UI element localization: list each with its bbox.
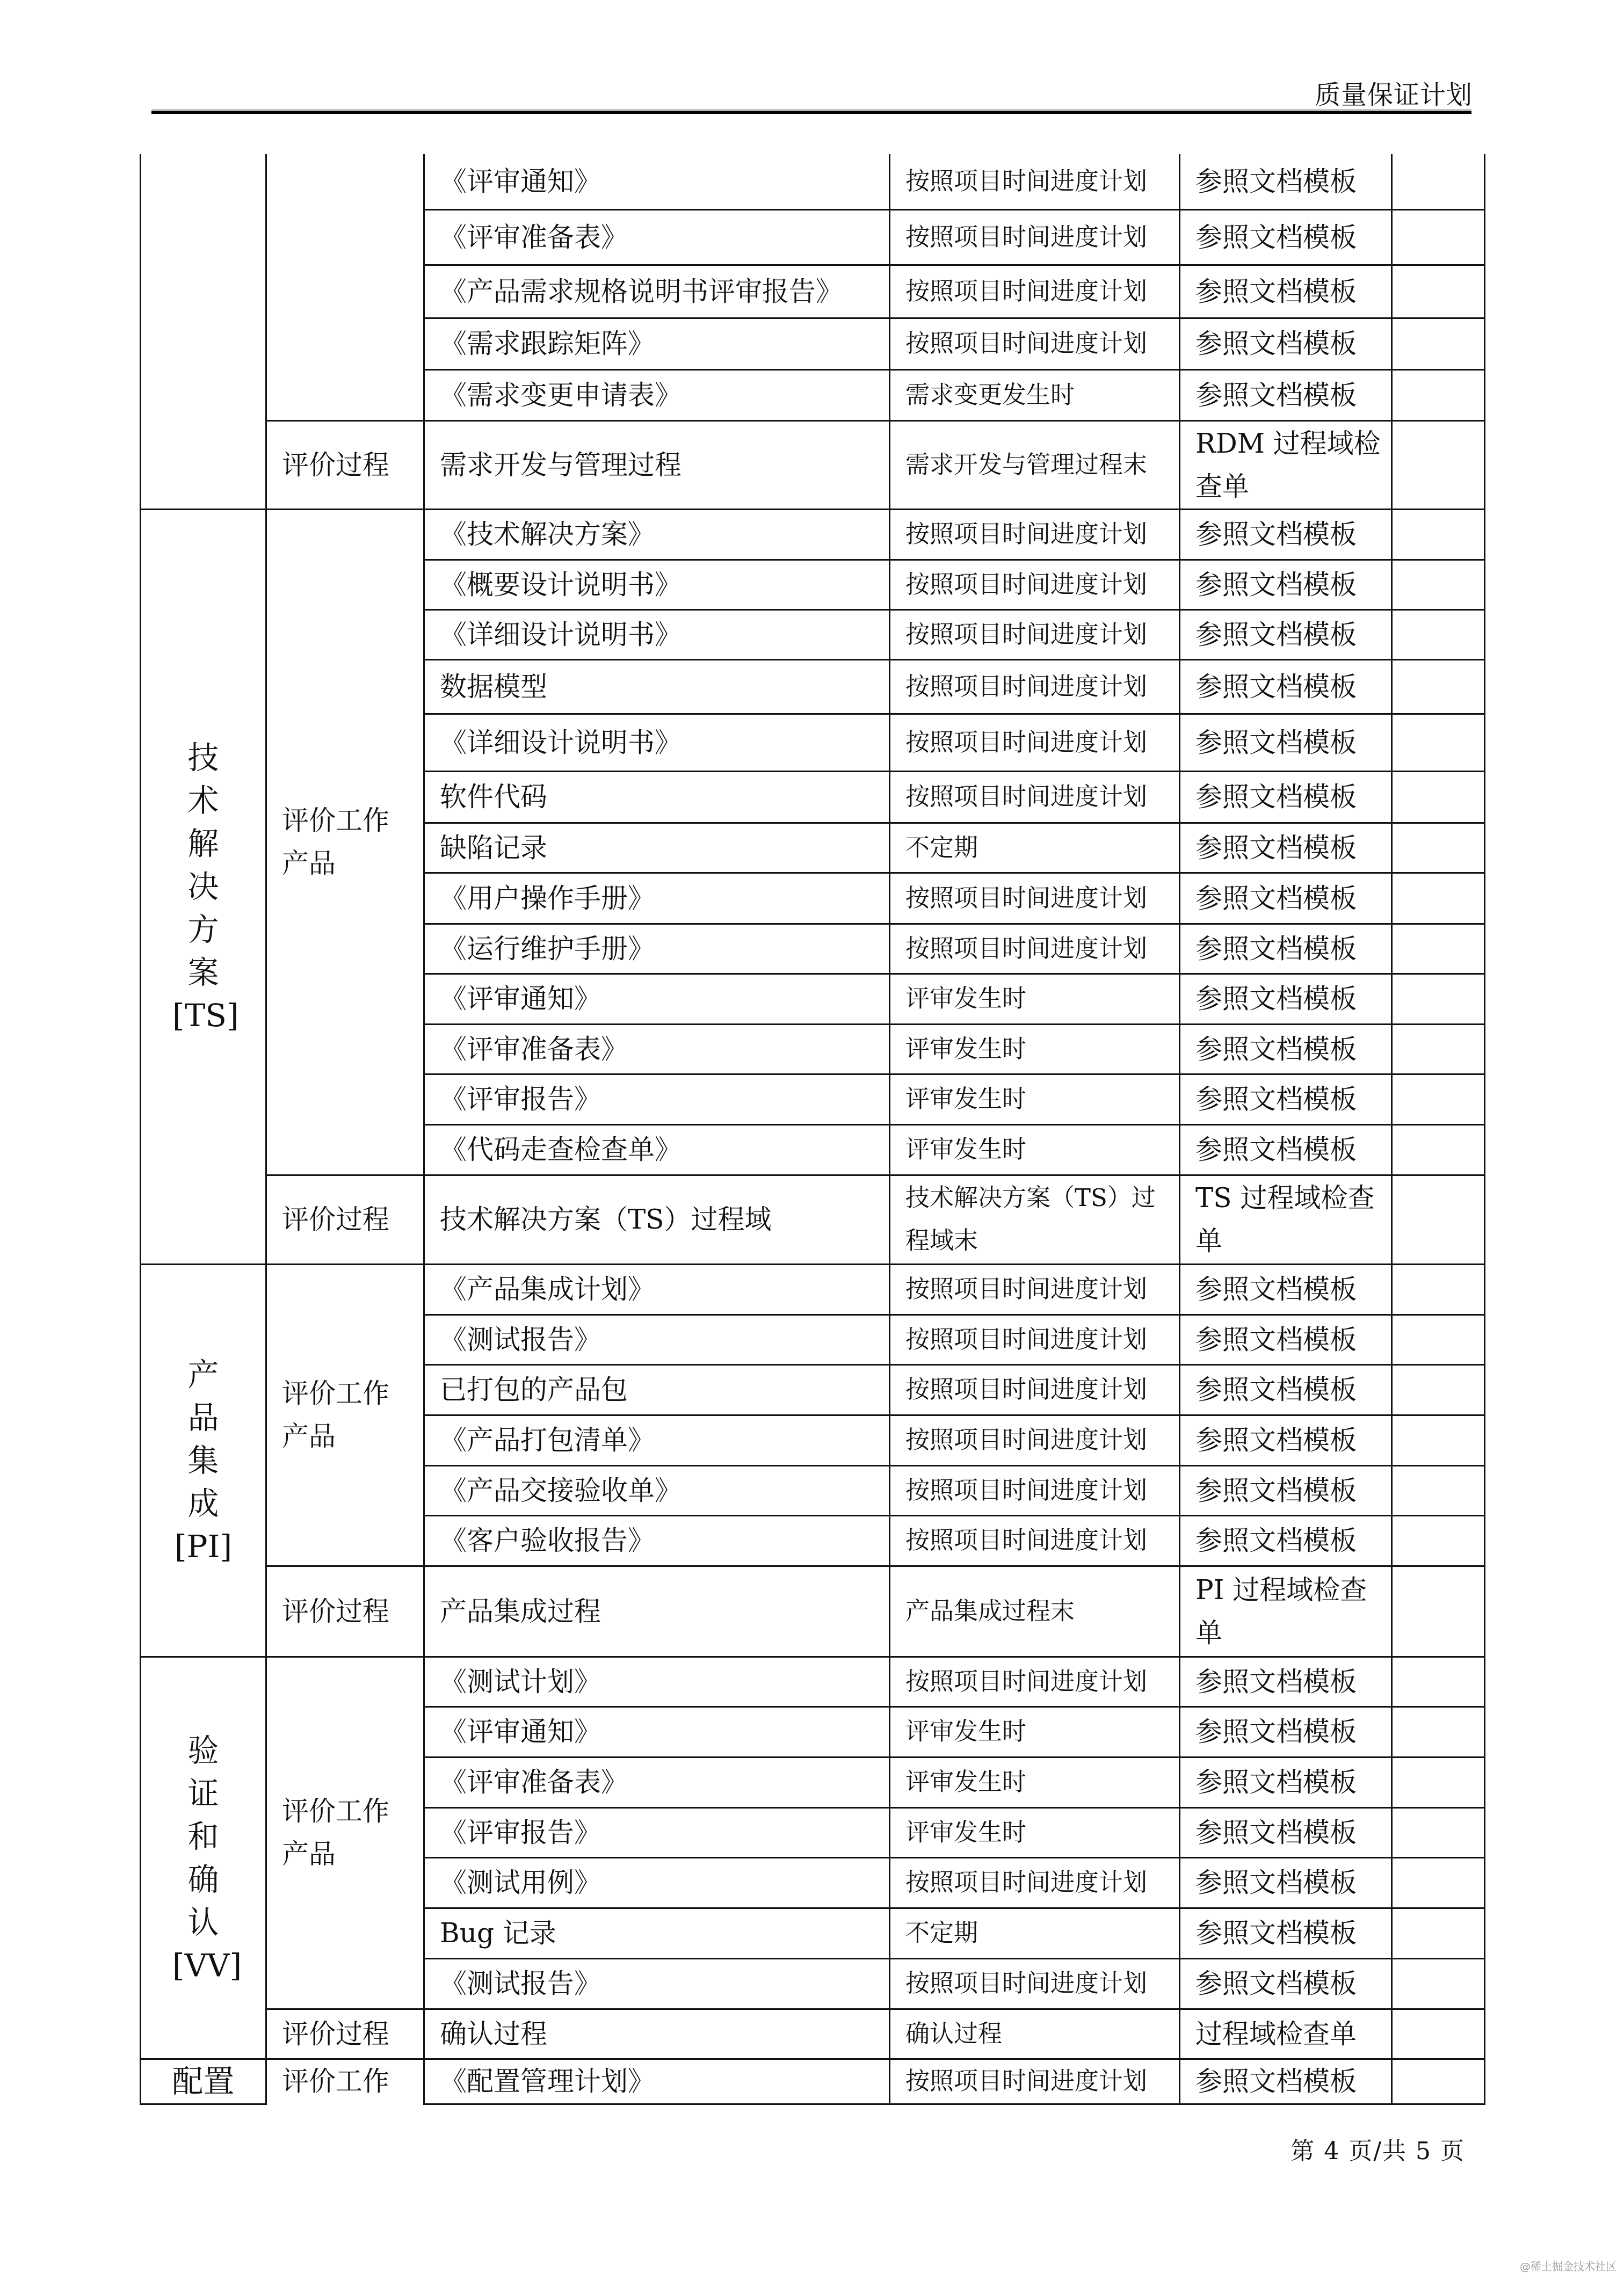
category-cell [266,154,424,420]
item-cell: 《技术解决方案》 [424,509,890,560]
method-cell: 参照文档模板 [1180,1958,1392,2009]
phase-cell-vv: 验证和确认[VV] [141,1657,266,2059]
timing-cell: 评审发生时 [890,1706,1180,1757]
note-cell [1392,509,1485,560]
timing-cell: 按照项目时间进度计划 [890,509,1180,560]
timing-cell: 按照项目时间进度计划 [890,1958,1180,2009]
item-cell: 《详细设计说明书》 [424,609,890,659]
method-cell: 参照文档模板 [1180,318,1392,369]
note-cell [1392,1706,1485,1757]
note-cell [1392,1908,1485,1958]
method-cell: 参照文档模板 [1180,974,1392,1024]
note-cell [1392,771,1485,823]
method-cell: 参照文档模板 [1180,1024,1392,1074]
method-cell: 参照文档模板 [1180,1908,1392,1958]
method-cell: RDM 过程域检查单 [1180,420,1392,509]
timing-cell: 需求开发与管理过程末 [890,420,1180,509]
method-cell: 参照文档模板 [1180,1315,1392,1364]
item-cell: 确认过程 [424,2009,890,2059]
note-cell [1392,1857,1485,1908]
timing-cell: 评审发生时 [890,1807,1180,1857]
note-cell [1392,1415,1485,1465]
table-row: 评价过程 产品集成过程 产品集成过程末 PI 过程域检查单 [141,1566,1485,1657]
item-cell: Bug 记录 [424,1908,890,1958]
item-cell: 《产品集成计划》 [424,1264,890,1315]
method-cell: PI 过程域检查单 [1180,1566,1392,1657]
watermark: @稀土掘金技术社区 [1520,2258,1616,2273]
timing-cell: 按照项目时间进度计划 [890,1465,1180,1515]
item-cell: 《评审通知》 [424,1706,890,1757]
note-cell [1392,714,1485,771]
category-cell: 评价工作产品 [266,1264,424,1566]
method-cell: 参照文档模板 [1180,924,1392,974]
item-cell: 《评审报告》 [424,1807,890,1857]
item-cell: 《用户操作手册》 [424,873,890,924]
category-cell: 评价过程 [266,1175,424,1264]
item-cell: 技术解决方案（TS）过程域 [424,1175,890,1264]
method-cell: 参照文档模板 [1180,1515,1392,1566]
timing-cell: 按照项目时间进度计划 [890,1315,1180,1364]
table-row: 评价过程 需求开发与管理过程 需求开发与管理过程末 RDM 过程域检查单 [141,420,1485,509]
timing-cell: 按照项目时间进度计划 [890,924,1180,974]
note-cell [1392,924,1485,974]
note-cell [1392,659,1485,714]
note-cell [1392,823,1485,873]
note-cell [1392,1074,1485,1124]
timing-cell: 确认过程 [890,2009,1180,2059]
note-cell [1392,974,1485,1024]
table-row: 评价过程 技术解决方案（TS）过程域 技术解决方案（TS）过程域末 TS 过程域… [141,1175,1485,1264]
note-cell [1392,209,1485,265]
table-row: 配置 评价工作 《配置管理计划》 按照项目时间进度计划 参照文档模板 [141,2059,1485,2104]
timing-cell: 评审发生时 [890,1757,1180,1807]
phase-cell-config: 配置 [141,2059,266,2104]
note-cell [1392,560,1485,609]
item-cell: 《需求变更申请表》 [424,369,890,420]
timing-cell: 按照项目时间进度计划 [890,1264,1180,1315]
item-cell: 《产品需求规格说明书评审报告》 [424,265,890,318]
method-cell: 参照文档模板 [1180,2059,1392,2104]
timing-cell: 评审发生时 [890,974,1180,1024]
table-row: 产品集成[PI] 评价工作产品 《产品集成计划》 按照项目时间进度计划 参照文档… [141,1264,1485,1315]
item-cell: 《评审通知》 [424,974,890,1024]
method-cell: 参照文档模板 [1180,823,1392,873]
method-cell: 参照文档模板 [1180,1706,1392,1757]
method-cell: 参照文档模板 [1180,209,1392,265]
note-cell [1392,1465,1485,1515]
item-cell: 软件代码 [424,771,890,823]
item-cell: 《评审通知》 [424,154,890,209]
table-row: 评价过程 确认过程 确认过程 过程域检查单 [141,2009,1485,2059]
timing-cell: 评审发生时 [890,1074,1180,1124]
note-cell [1392,1124,1485,1175]
method-cell: 参照文档模板 [1180,265,1392,318]
note-cell [1392,873,1485,924]
item-cell: 《产品交接验收单》 [424,1465,890,1515]
timing-cell: 按照项目时间进度计划 [890,873,1180,924]
timing-cell: 按照项目时间进度计划 [890,609,1180,659]
method-cell: 参照文档模板 [1180,659,1392,714]
header-divider [151,111,1471,114]
note-cell [1392,420,1485,509]
timing-cell: 按照项目时间进度计划 [890,1857,1180,1908]
item-cell: 缺陷记录 [424,823,890,873]
timing-cell: 按照项目时间进度计划 [890,1364,1180,1415]
note-cell [1392,1264,1485,1315]
document-header-title: 质量保证计划 [1315,74,1473,111]
category-cell: 评价过程 [266,1566,424,1657]
method-cell: 参照文档模板 [1180,1415,1392,1465]
item-cell: 《测试用例》 [424,1857,890,1908]
note-cell [1392,265,1485,318]
phase-cell-pi: 产品集成[PI] [141,1264,266,1657]
timing-cell: 按照项目时间进度计划 [890,209,1180,265]
method-cell: 参照文档模板 [1180,1657,1392,1706]
item-cell: 《需求跟踪矩阵》 [424,318,890,369]
method-cell: 参照文档模板 [1180,560,1392,609]
timing-cell: 按照项目时间进度计划 [890,2059,1180,2104]
category-cell: 评价工作产品 [266,1657,424,2009]
method-cell: 过程域检查单 [1180,2009,1392,2059]
timing-cell: 按照项目时间进度计划 [890,318,1180,369]
method-cell: 参照文档模板 [1180,154,1392,209]
timing-cell: 不定期 [890,823,1180,873]
item-cell: 《评审准备表》 [424,209,890,265]
timing-cell: 按照项目时间进度计划 [890,771,1180,823]
item-cell: 《产品打包清单》 [424,1415,890,1465]
note-cell [1392,154,1485,209]
timing-cell: 按照项目时间进度计划 [890,1415,1180,1465]
note-cell [1392,1958,1485,2009]
note-cell [1392,1315,1485,1364]
method-cell: 参照文档模板 [1180,509,1392,560]
timing-cell: 按照项目时间进度计划 [890,560,1180,609]
note-cell [1392,369,1485,420]
item-cell: 《测试计划》 [424,1657,890,1706]
category-cell: 评价工作产品 [266,509,424,1175]
item-cell: 《评审报告》 [424,1074,890,1124]
timing-cell: 评审发生时 [890,1024,1180,1074]
timing-cell: 需求变更发生时 [890,369,1180,420]
note-cell [1392,1807,1485,1857]
item-cell: 《评审准备表》 [424,1757,890,1807]
note-cell [1392,1757,1485,1807]
item-cell: 《测试报告》 [424,1315,890,1364]
category-cell: 评价过程 [266,420,424,509]
note-cell [1392,1364,1485,1415]
timing-cell: 评审发生时 [890,1124,1180,1175]
note-cell [1392,2009,1485,2059]
method-cell: 参照文档模板 [1180,1757,1392,1807]
method-cell: TS 过程域检查单 [1180,1175,1392,1264]
item-cell: 《评审准备表》 [424,1024,890,1074]
item-cell: 《概要设计说明书》 [424,560,890,609]
item-cell: 已打包的产品包 [424,1364,890,1415]
timing-cell: 按照项目时间进度计划 [890,714,1180,771]
note-cell [1392,1024,1485,1074]
page-number: 第 4 页/共 5 页 [1291,2132,1465,2166]
table-row: 验证和确认[VV] 评价工作产品 《测试计划》 按照项目时间进度计划 参照文档模… [141,1657,1485,1706]
method-cell: 参照文档模板 [1180,873,1392,924]
item-cell: 《配置管理计划》 [424,2059,890,2104]
method-cell: 参照文档模板 [1180,714,1392,771]
note-cell [1392,1566,1485,1657]
note-cell [1392,318,1485,369]
item-cell: 《详细设计说明书》 [424,714,890,771]
timing-cell: 按照项目时间进度计划 [890,659,1180,714]
category-cell: 评价过程 [266,2009,424,2059]
table-row: 技术解决方案[TS] 评价工作产品 《技术解决方案》 按照项目时间进度计划 参照… [141,509,1485,560]
note-cell [1392,1515,1485,1566]
item-cell: 需求开发与管理过程 [424,420,890,509]
timing-cell: 产品集成过程末 [890,1566,1180,1657]
method-cell: 参照文档模板 [1180,1807,1392,1857]
method-cell: 参照文档模板 [1180,1465,1392,1515]
timing-cell: 按照项目时间进度计划 [890,1657,1180,1706]
note-cell [1392,2059,1485,2104]
method-cell: 参照文档模板 [1180,771,1392,823]
method-cell: 参照文档模板 [1180,369,1392,420]
item-cell: 数据模型 [424,659,890,714]
method-cell: 参照文档模板 [1180,1264,1392,1315]
method-cell: 参照文档模板 [1180,609,1392,659]
qa-plan-table: 《评审通知》 按照项目时间进度计划 参照文档模板 《评审准备表》 按照项目时间进… [140,154,1485,2105]
timing-cell: 按照项目时间进度计划 [890,154,1180,209]
method-cell: 参照文档模板 [1180,1857,1392,1908]
timing-cell: 按照项目时间进度计划 [890,1515,1180,1566]
method-cell: 参照文档模板 [1180,1124,1392,1175]
item-cell: 《客户验收报告》 [424,1515,890,1566]
phase-cell-ts: 技术解决方案[TS] [141,509,266,1264]
method-cell: 参照文档模板 [1180,1364,1392,1415]
item-cell: 《运行维护手册》 [424,924,890,974]
table-row: 《评审通知》 按照项目时间进度计划 参照文档模板 [141,154,1485,209]
timing-cell: 按照项目时间进度计划 [890,265,1180,318]
item-cell: 产品集成过程 [424,1566,890,1657]
item-cell: 《测试报告》 [424,1958,890,2009]
phase-cell [141,154,266,509]
note-cell [1392,1657,1485,1706]
category-cell: 评价工作 [266,2059,424,2104]
timing-cell: 技术解决方案（TS）过程域末 [890,1175,1180,1264]
method-cell: 参照文档模板 [1180,1074,1392,1124]
note-cell [1392,609,1485,659]
timing-cell: 不定期 [890,1908,1180,1958]
item-cell: 《代码走查检查单》 [424,1124,890,1175]
note-cell [1392,1175,1485,1264]
